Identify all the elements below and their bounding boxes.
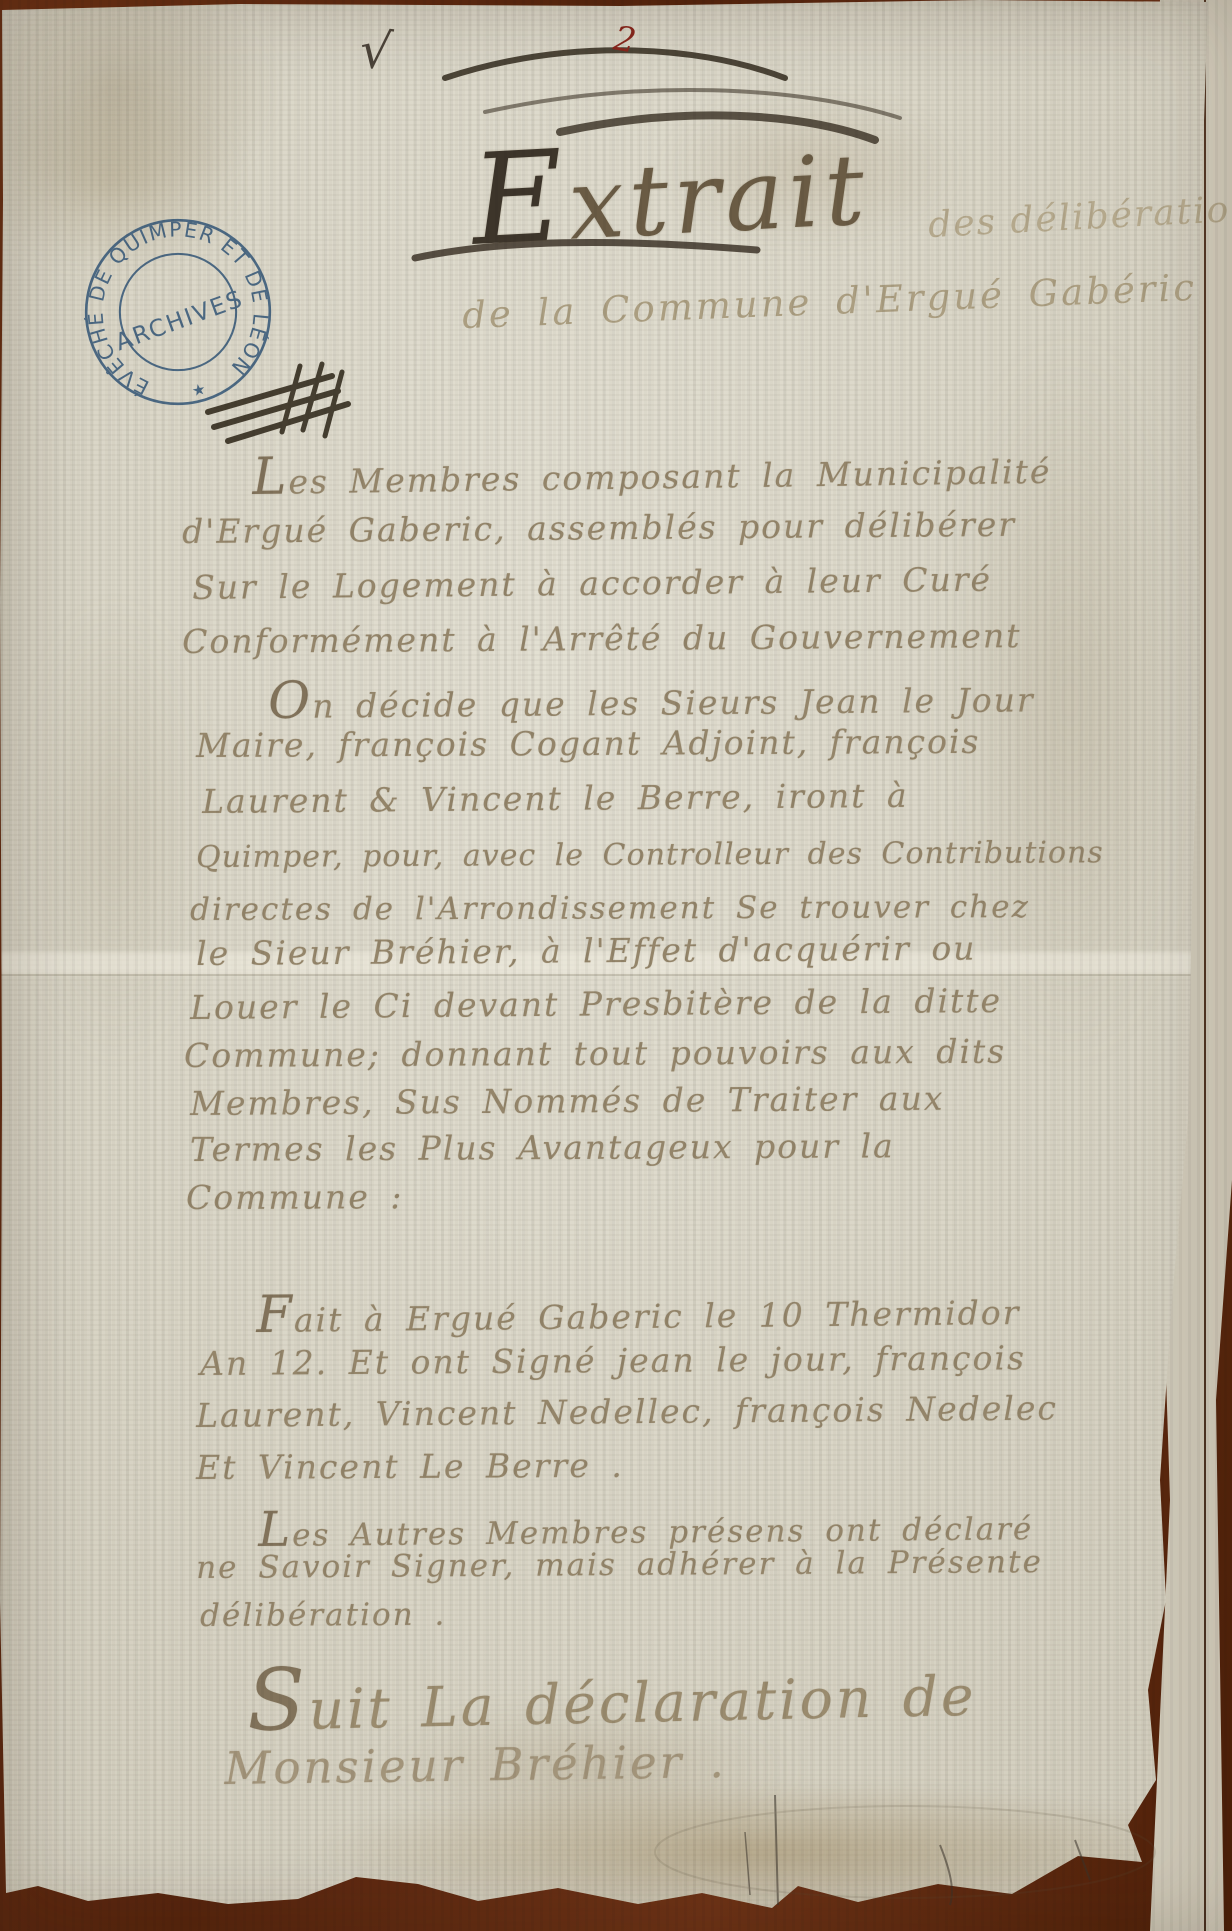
archive-stamp: ÉVÊCHÉ DE QUIMPER ET DE LÉON ARCHIVES ★: [57, 191, 299, 433]
stamp-star-icon: ★: [190, 380, 207, 400]
handwritten-line: On décide que les Sieurs Jean le Jour: [268, 665, 1035, 731]
handwritten-line: Laurent, Vincent Nedellec, françois Nede…: [196, 1388, 1058, 1435]
handwritten-line: ne Savoir Signer, mais adhérer à la Prés…: [196, 1544, 1043, 1586]
fold-crease-line: [0, 974, 1232, 976]
svg-text:ÉVÊCHÉ DE QUIMPER ET DE LÉON: ÉVÊCHÉ DE QUIMPER ET DE LÉON: [65, 200, 288, 411]
handwritten-line: Maire, françois Cogant Adjoint, françois: [196, 722, 981, 765]
handwritten-line: d'Ergué Gaberic, assemblés pour délibére…: [182, 505, 1016, 551]
handwritten-line: Les Membres composant la Municipalité: [252, 437, 1052, 507]
closing-line: Suit La déclaration de: [246, 1637, 977, 1751]
handwritten-line: Commune :: [186, 1177, 403, 1217]
check-mark: √: [357, 20, 395, 81]
handwritten-line: Et Vincent Le Berre .: [196, 1446, 624, 1487]
handwritten-line: le Sieur Bréhier, à l'Effet d'acquérir o…: [196, 929, 977, 973]
handwritten-line: Termes les Plus Avantageux pour la: [190, 1126, 895, 1169]
handwritten-line: An 12. Et ont Signé jean le jour, franço…: [200, 1338, 1026, 1383]
handwritten-line: Laurent & Vincent le Berre, iront à: [202, 776, 909, 821]
stamp-center-text: ARCHIVES: [112, 284, 248, 356]
handwritten-line: Quimper, pour, avec le Controlleur des C…: [196, 835, 1104, 875]
handwritten-line: directes de l'Arrondissement Se trouver …: [190, 889, 1030, 928]
handwritten-line: Louer le Ci devant Presbitère de la ditt…: [190, 981, 1002, 1027]
photographed-document: ÉVÊCHÉ DE QUIMPER ET DE LÉON ARCHIVES ★: [0, 0, 1232, 1931]
handwritten-line: Fait à Ergué Gaberic le 10 Thermidor: [256, 1278, 1021, 1345]
stamp-ring-text: ÉVÊCHÉ DE QUIMPER ET DE LÉON: [65, 200, 288, 411]
closing-line: Monsieur Bréhier .: [224, 1735, 727, 1795]
title-extrait: Extrait: [468, 107, 872, 274]
handwritten-line: Membres, Sus Nommés de Traiter aux: [190, 1079, 945, 1123]
handwritten-line: Conformément à l'Arrêté du Gouvernement: [182, 616, 1022, 661]
handwritten-line: Commune; donnant tout pouvoirs aux dits: [184, 1032, 1006, 1075]
handwritten-line: délibération .: [200, 1597, 446, 1634]
